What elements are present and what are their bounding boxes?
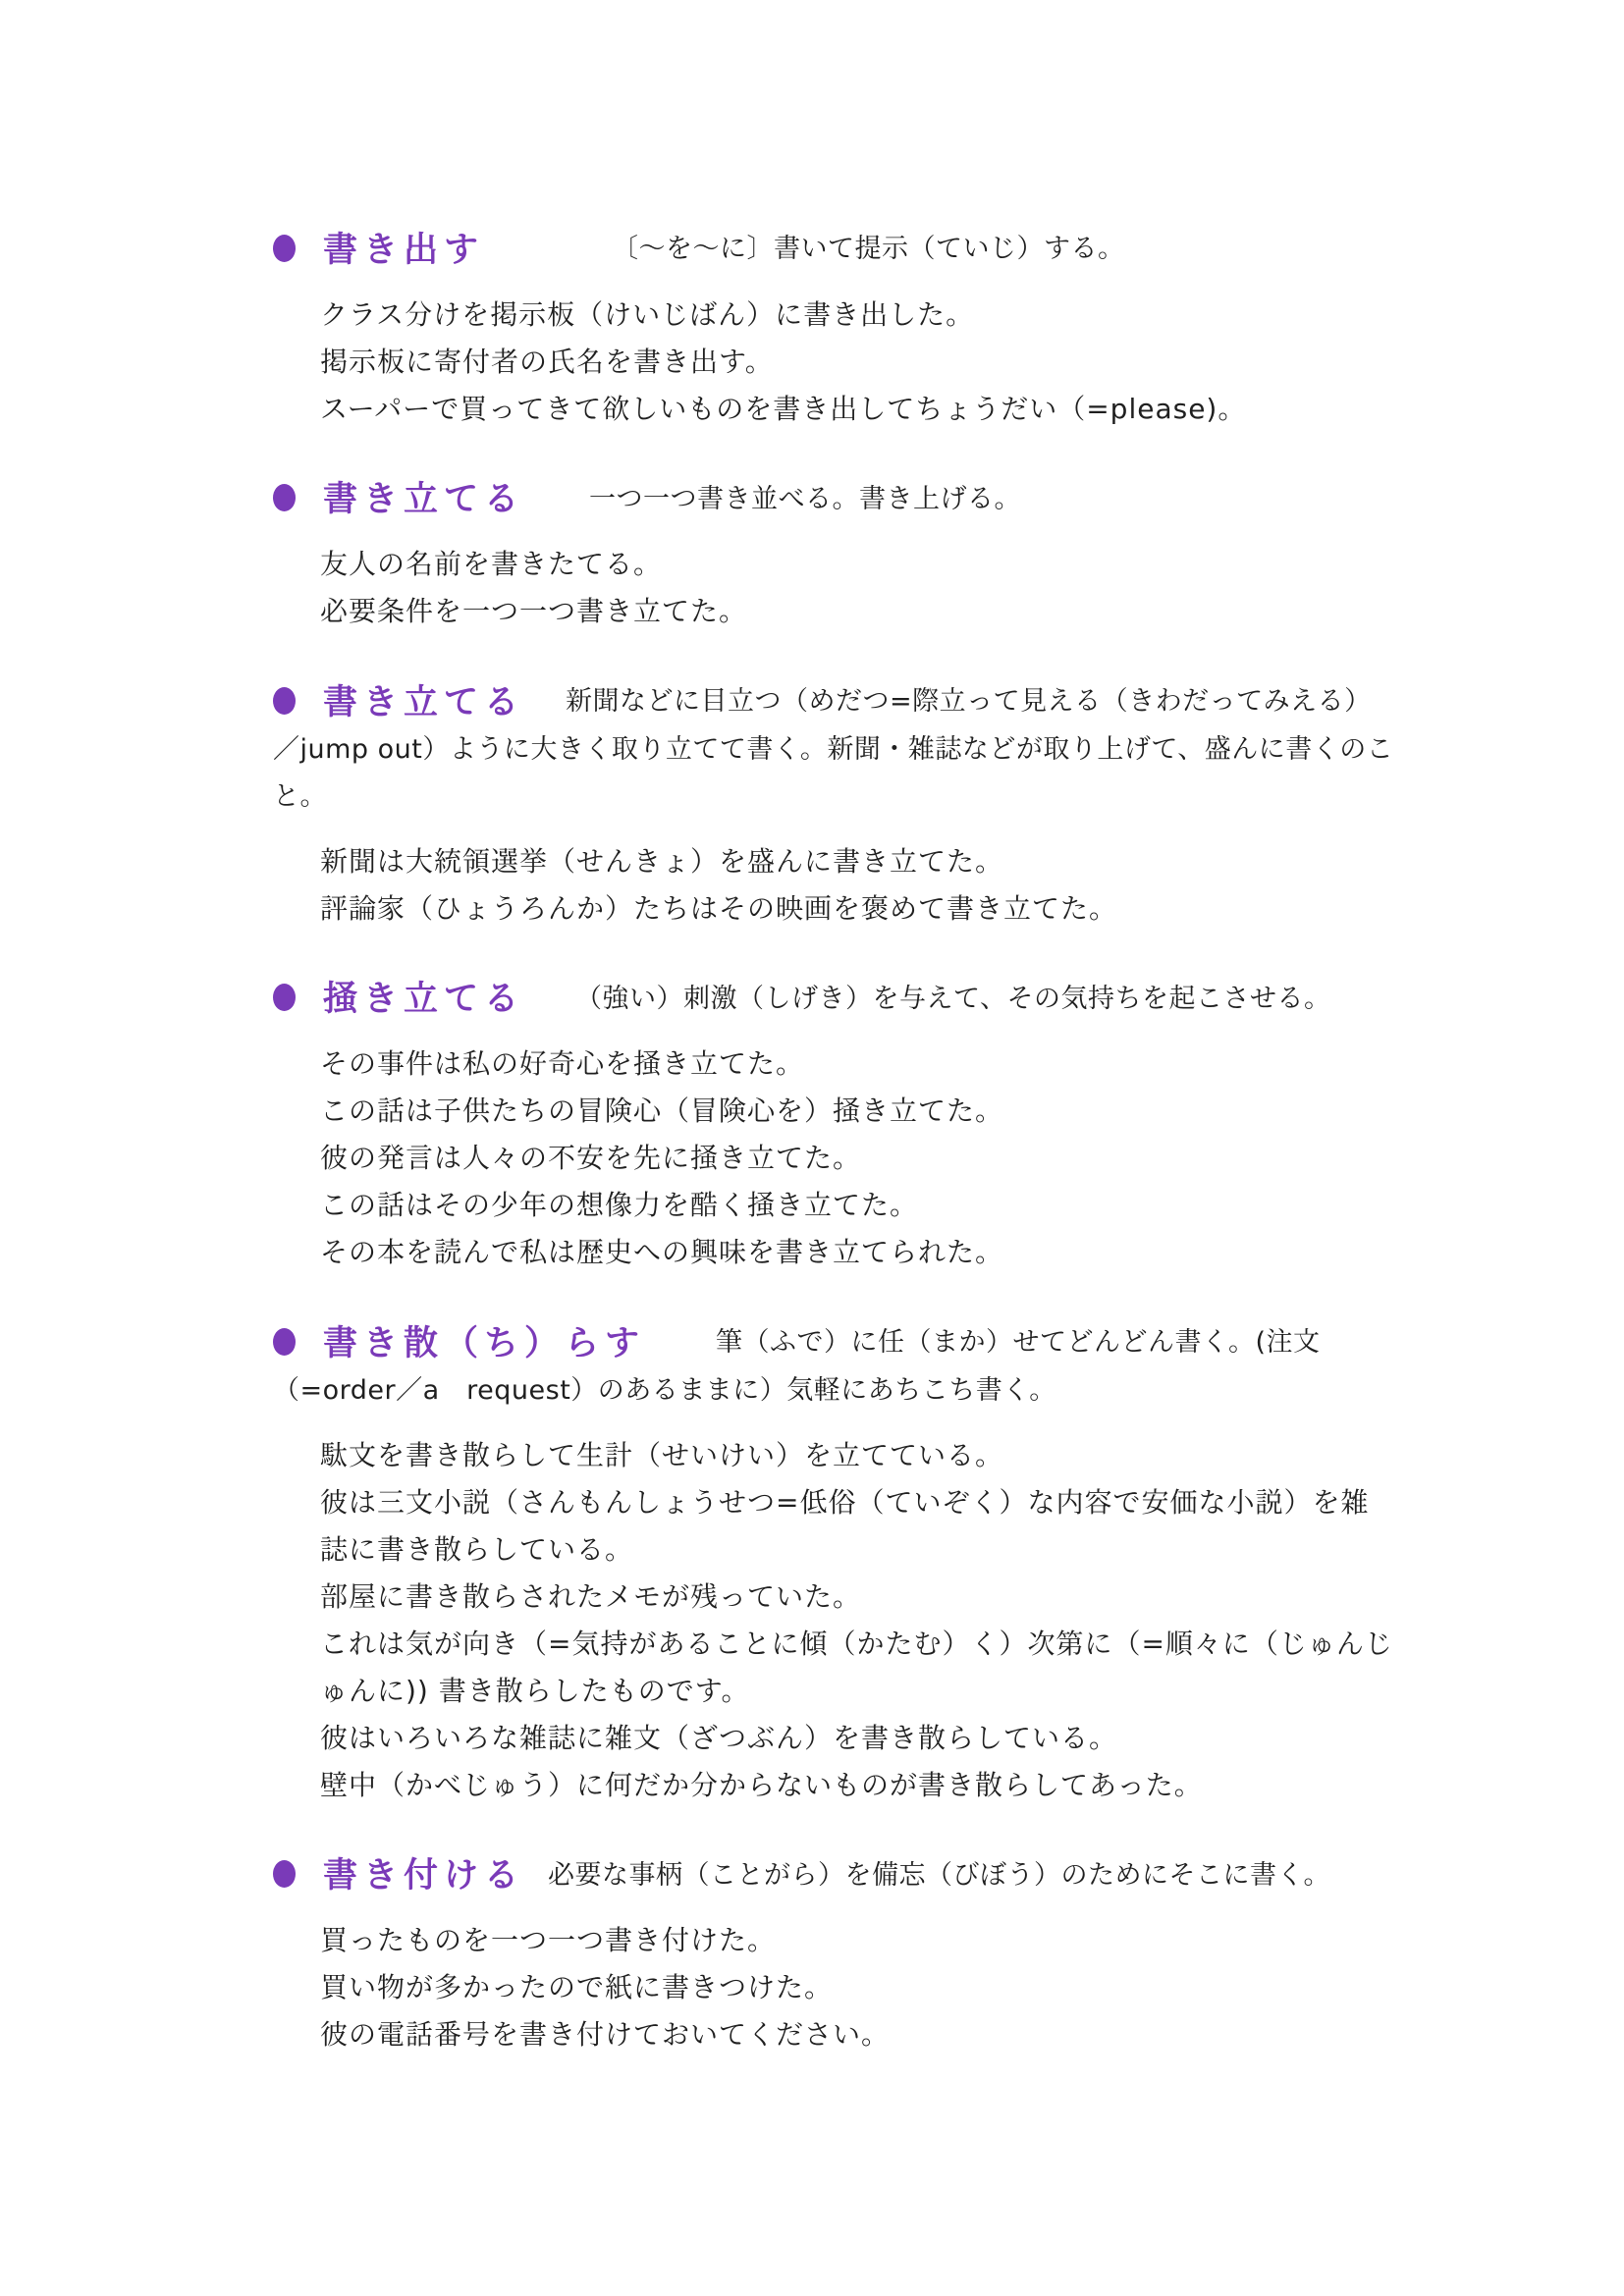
entry: 掻き立てる（強い）刺激（しげき）を与えて、その気持ちを起こさせる。 その事件は私…: [273, 976, 1396, 1277]
entry-headword: 書き出す: [323, 231, 484, 270]
example-sentence: この話は子供たちの冒険心（冒険心を）掻き立てた。: [320, 1088, 1396, 1135]
example-sentence: 友人の名前を書きたてる。: [320, 541, 1396, 588]
example-list: 買ったものを一つ一つ書き付けた。 買い物が多かったので紙に書きつけた。 彼の電話…: [320, 1917, 1396, 2058]
example-sentence: 彼は三文小説（さんもんしょうせつ=低俗（ていぞく）な内容で安価な小説）を雑誌に書…: [320, 1479, 1396, 1574]
example-sentence: スーパーで買ってきて欲しいものを書き出してちょうだい（=please)。: [320, 386, 1396, 433]
example-sentence: 評論家（ひょうろんか）たちはその映画を褒めて書き立てた。: [320, 885, 1396, 933]
example-sentence: 必要条件を一つ一つ書き立てた。: [320, 588, 1396, 635]
entry-headline: 書き立てる新聞などに目立つ（めだつ=際立って見える（きわだってみえる）／jump…: [273, 678, 1396, 821]
example-sentence: 買ったものを一つ一つ書き付けた。: [320, 1917, 1396, 1964]
entry-definition: 必要な事柄（ことがら）を備忘（びぼう）のためにそこに書く。: [548, 1860, 1330, 1891]
example-list: 駄文を書き散らして生計（せいけい）を立てている。 彼は三文小説（さんもんしょうせ…: [320, 1432, 1396, 1809]
bullet-icon: [273, 235, 296, 262]
entry-headline: 掻き立てる（強い）刺激（しげき）を与えて、その気持ちを起こさせる。: [273, 976, 1396, 1024]
entry-headword: 書き立てる: [323, 480, 524, 519]
document-page: 書き出す〔～を～に〕書いて提示（ていじ）する。 クラス分けを掲示板（けいじばん）…: [0, 0, 1624, 2296]
bullet-icon: [273, 984, 296, 1011]
entry-headline: 書き出す〔～を～に〕書いて提示（ていじ）する。: [273, 226, 1396, 274]
entry-headline: 書き立てる一つ一つ書き並べる。書き上げる。: [273, 476, 1396, 524]
example-sentence: その事件は私の好奇心を掻き立てた。: [320, 1041, 1396, 1088]
bullet-icon: [273, 484, 296, 511]
bullet-icon: [273, 687, 296, 715]
example-sentence: 買い物が多かったので紙に書きつけた。: [320, 1964, 1396, 2011]
example-list: 新聞は大統領選挙（せんきょ）を盛んに書き立てた。 評論家（ひょうろんか）たちはそ…: [320, 838, 1396, 933]
example-sentence: この話はその少年の想像力を酷く掻き立てた。: [320, 1182, 1396, 1229]
example-list: 友人の名前を書きたてる。 必要条件を一つ一つ書き立てた。: [320, 541, 1396, 635]
entry: 書き立てる一つ一つ書き並べる。書き上げる。 友人の名前を書きたてる。 必要条件を…: [273, 476, 1396, 636]
example-sentence: これは気が向き（=気持があることに傾（かたむ）く）次第に（=順々に（じゅんじゅん…: [320, 1621, 1396, 1715]
entry-headline: 書き付ける必要な事柄（ことがら）を備忘（びぼう）のためにそこに書く。: [273, 1852, 1396, 1900]
entry: 書き出す〔～を～に〕書いて提示（ていじ）する。 クラス分けを掲示板（けいじばん）…: [273, 226, 1396, 433]
example-list: クラス分けを掲示板（けいじばん）に書き出した。 掲示板に寄付者の氏名を書き出す。…: [320, 292, 1396, 433]
entry-definition: （強い）刺激（しげき）を与えて、その気持ちを起こさせる。: [575, 984, 1330, 1014]
bullet-icon: [273, 1328, 296, 1356]
entry-definition: 一つ一つ書き並べる。書き上げる。: [589, 484, 1021, 514]
bullet-icon: [273, 1860, 296, 1888]
entry: 書き散（ち）らす筆（ふで）に任（まか）せてどんどん書く。(注文（=order／a…: [273, 1319, 1396, 1809]
example-sentence: 彼の発言は人々の不安を先に掻き立てた。: [320, 1135, 1396, 1182]
example-sentence: 彼はいろいろな雑誌に雑文（ざつぶん）を書き散らしている。: [320, 1715, 1396, 1762]
entry: 書き立てる新聞などに目立つ（めだつ=際立って見える（きわだってみえる）／jump…: [273, 678, 1396, 933]
example-list: その事件は私の好奇心を掻き立てた。 この話は子供たちの冒険心（冒険心を）掻き立て…: [320, 1041, 1396, 1276]
entry-headword: 掻き立てる: [323, 980, 524, 1019]
example-sentence: 掲示板に寄付者の氏名を書き出す。: [320, 339, 1396, 386]
example-sentence: 部屋に書き散らされたメモが残っていた。: [320, 1574, 1396, 1621]
entry-headline: 書き散（ち）らす筆（ふで）に任（まか）せてどんどん書く。(注文（=order／a…: [273, 1319, 1396, 1415]
entry: 書き付ける必要な事柄（ことがら）を備忘（びぼう）のためにそこに書く。 買ったもの…: [273, 1852, 1396, 2059]
example-sentence: 壁中（かべじゅう）に何だか分からないものが書き散らしてあった。: [320, 1762, 1396, 1809]
example-sentence: クラス分けを掲示板（けいじばん）に書き出した。: [320, 292, 1396, 339]
entry-headword: 書き付ける: [323, 1856, 524, 1896]
example-sentence: 新聞は大統領選挙（せんきょ）を盛んに書き立てた。: [320, 838, 1396, 885]
example-sentence: その本を読んで私は歴史への興味を書き立てられた。: [320, 1229, 1396, 1276]
entry-headword: 書き散（ち）らす: [323, 1324, 645, 1363]
example-sentence: 駄文を書き散らして生計（せいけい）を立てている。: [320, 1432, 1396, 1479]
entry-definition: 〔～を～に〕書いて提示（ていじ）する。: [612, 234, 1125, 264]
entry-headword: 書き立てる: [323, 683, 524, 722]
example-sentence: 彼の電話番号を書き付けておいてください。: [320, 2011, 1396, 2058]
